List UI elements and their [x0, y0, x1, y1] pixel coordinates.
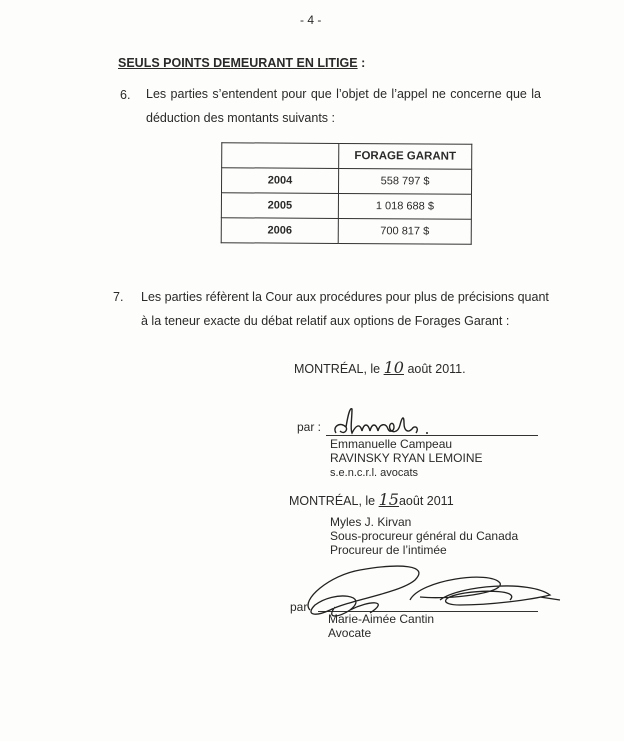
table-row: 2004 558 797 $	[222, 168, 472, 195]
signature-1-firm: RAVINSKY RYAN LEMOINE	[330, 451, 483, 465]
page-number: - 4 -	[300, 13, 321, 27]
table-cell-year: 2004	[222, 168, 339, 194]
table-cell-year: 2005	[221, 193, 338, 219]
signature-1-date: MONTRÉAL, le 10 août 2011.	[294, 358, 466, 377]
paragraph-6-number: 6.	[120, 88, 130, 102]
table-cell-amount: 558 797 $	[339, 168, 472, 194]
table-cell-amount: 1 018 688 $	[338, 193, 471, 219]
table-row: 2006 700 817 $	[221, 218, 471, 245]
signature-1-par-label: par :	[297, 420, 321, 434]
table-cell-year: 2006	[221, 218, 338, 244]
signature-2-name: Marie-Aimée Cantin	[328, 612, 434, 626]
date-suffix: août 2011.	[404, 362, 466, 376]
date-day-handwritten: 10	[384, 358, 404, 377]
date-suffix: août 2011	[399, 494, 454, 508]
paragraph-7-text: Les parties réfèrent la Cour aux procédu…	[141, 285, 551, 333]
paragraph-6-text: Les parties s’entendent pour que l’objet…	[146, 82, 541, 130]
section-heading: SEULS POINTS DEMEURANT EN LITIGE :	[118, 56, 365, 70]
signature-2-date: MONTRÉAL, le 15août 2011	[289, 490, 454, 509]
table-header-row: FORAGE GARANT	[222, 143, 472, 170]
amounts-table: FORAGE GARANT 2004 558 797 $ 2005 1 018 …	[221, 142, 473, 245]
signature-2-line-2: Sous-procureur général du Canada	[330, 529, 518, 543]
date-place: MONTRÉAL, le	[289, 494, 379, 508]
signature-1-handwriting	[330, 405, 440, 439]
section-heading-text: SEULS POINTS DEMEURANT EN LITIGE	[118, 56, 358, 70]
section-heading-suffix: :	[358, 56, 366, 70]
paragraph-7-number: 7.	[113, 290, 123, 304]
table-header-empty	[222, 143, 339, 169]
date-place: MONTRÉAL, le	[294, 362, 384, 376]
signature-2-title: Avocate	[328, 626, 371, 640]
date-day-handwritten: 15	[379, 490, 399, 509]
signature-1-firm-type: s.e.n.c.r.l. avocats	[330, 466, 418, 480]
table-row: 2005 1 018 688 $	[221, 193, 471, 220]
table-header-forage-garant: FORAGE GARANT	[339, 143, 472, 169]
table-cell-amount: 700 817 $	[338, 218, 471, 244]
signature-2-line-1: Myles J. Kirvan	[330, 515, 411, 529]
signature-1-name: Emmanuelle Campeau	[330, 437, 452, 451]
